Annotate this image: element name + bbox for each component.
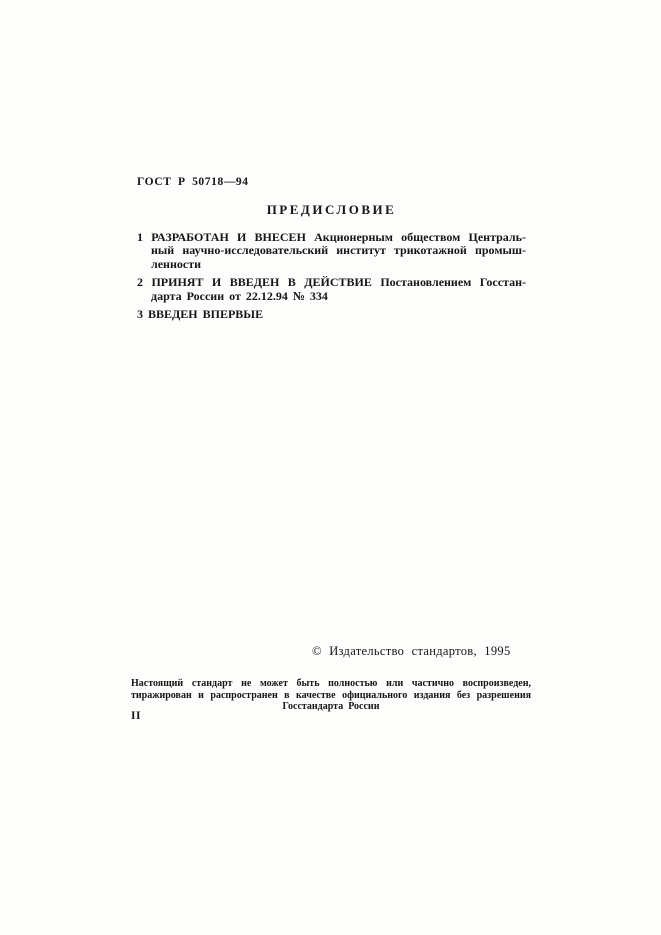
notice-text-line: Настоящий стандарт не может быть полност… [131,678,531,690]
page-content: ГОСТ Р 50718—94 ПРЕДИСЛОВИЕ 1 РАЗРАБОТАН… [137,176,526,326]
preface-title: ПРЕДИСЛОВИЕ [137,202,526,218]
item-text-line: дарта России от 22.12.94 № 334 [137,290,526,303]
foreword-item-1: 1 РАЗРАБОТАН И ВНЕСЕН Акционерным общест… [137,231,526,271]
copyright-line: © Издательство стандартов, 1995 [312,644,511,659]
document-code: ГОСТ Р 50718—94 [137,176,526,188]
foreword-item-2: 2 ПРИНЯТ И ВВЕДЕН В ДЕЙСТВИЕ Постановлен… [137,276,526,303]
item-text-line: 2 ПРИНЯТ И ВВЕДЕН В ДЕЙСТВИЕ Постановлен… [137,276,526,289]
item-text-line: ленности [137,258,526,271]
item-text-line: 3 ВВЕДЕН ВПЕРВЫЕ [137,308,526,321]
notice-text-line: Госстандарта России [131,701,531,713]
scanned-document-page: ГОСТ Р 50718—94 ПРЕДИСЛОВИЕ 1 РАЗРАБОТАН… [0,0,661,935]
item-text-line: 1 РАЗРАБОТАН И ВНЕСЕН Акционерным общест… [137,231,526,244]
item-text-line: ный научно-исследовательский институт тр… [137,244,526,257]
notice-text-line: тиражирован и распространен в качестве о… [131,690,531,702]
restriction-notice: Настоящий стандарт не может быть полност… [131,678,531,713]
page-number: II [131,710,141,722]
foreword-items: 1 РАЗРАБОТАН И ВНЕСЕН Акционерным общест… [137,231,526,321]
foreword-item-3: 3 ВВЕДЕН ВПЕРВЫЕ [137,308,526,321]
